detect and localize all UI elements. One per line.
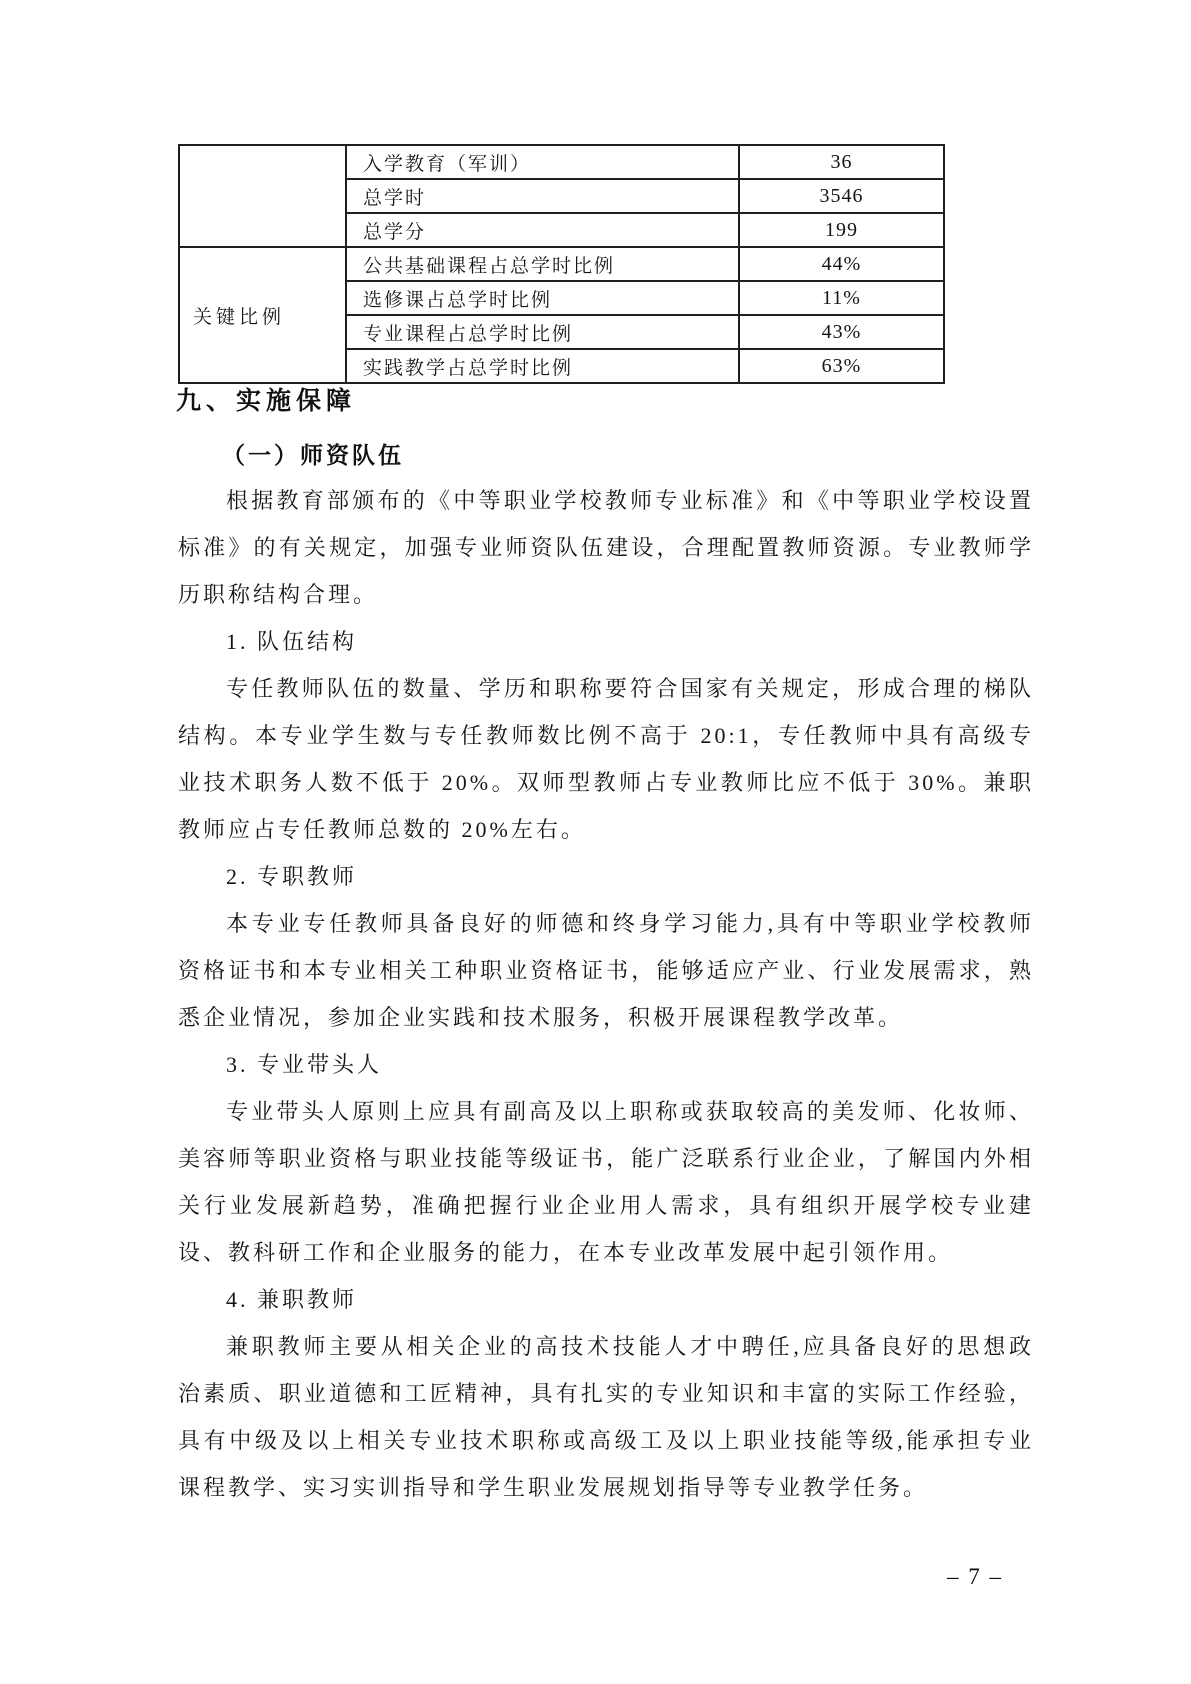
table-cell-label: 入学教育（军训）	[346, 145, 739, 179]
paragraph: 本专业专任教师具备良好的师德和终身学习能力,具有中等职业学校教师资格证书和本专业…	[178, 900, 1034, 1041]
numbered-heading: 1. 队伍结构	[178, 618, 1034, 665]
numbered-heading: 4. 兼职教师	[178, 1276, 1034, 1323]
subsection-heading: （一）师资队伍	[222, 437, 404, 470]
table-cell-label: 总学时	[346, 179, 739, 213]
table-cell-value: 63%	[739, 349, 944, 383]
paragraph: 专任教师队伍的数量、学历和职称要符合国家有关规定，形成合理的梯队结构。本专业学生…	[178, 665, 1034, 853]
body-text: 根据教育部颁布的《中等职业学校教师专业标准》和《中等职业学校设置标准》的有关规定…	[178, 477, 1034, 1511]
document-page: 入学教育（军训） 36 总学时 3546 总学分 199 关键比例 公共基础课程…	[0, 0, 1191, 1684]
paragraph: 兼职教师主要从相关企业的高技术技能人才中聘任,应具备良好的思想政治素质、职业道德…	[178, 1323, 1034, 1511]
paragraph: 专业带头人原则上应具有副高及以上职称或获取较高的美发师、化妆师、美容师等职业资格…	[178, 1088, 1034, 1276]
table-rowgroup-label: 关键比例	[179, 247, 346, 383]
numbered-heading: 3. 专业带头人	[178, 1041, 1034, 1088]
table-cell-label: 总学分	[346, 213, 739, 247]
table-cell-value: 3546	[739, 179, 944, 213]
summary-table: 入学教育（军训） 36 总学时 3546 总学分 199 关键比例 公共基础课程…	[178, 144, 945, 384]
table-rowgroup-label	[179, 145, 346, 247]
table-cell-label: 公共基础课程占总学时比例	[346, 247, 739, 281]
table-row: 入学教育（军训） 36	[179, 145, 944, 179]
table-cell-value: 11%	[739, 281, 944, 315]
table-cell-value: 43%	[739, 315, 944, 349]
table-cell-label: 选修课占总学时比例	[346, 281, 739, 315]
table-cell-value: 44%	[739, 247, 944, 281]
table-cell-label: 实践教学占总学时比例	[346, 349, 739, 383]
table-cell-value: 199	[739, 213, 944, 247]
page-number: – 7 –	[900, 1564, 1050, 1590]
section-heading: 九、实施保障	[176, 381, 356, 417]
table-cell-label: 专业课程占总学时比例	[346, 315, 739, 349]
numbered-heading: 2. 专职教师	[178, 853, 1034, 900]
paragraph: 根据教育部颁布的《中等职业学校教师专业标准》和《中等职业学校设置标准》的有关规定…	[178, 477, 1034, 618]
table-row: 关键比例 公共基础课程占总学时比例 44%	[179, 247, 944, 281]
table-cell-value: 36	[739, 145, 944, 179]
